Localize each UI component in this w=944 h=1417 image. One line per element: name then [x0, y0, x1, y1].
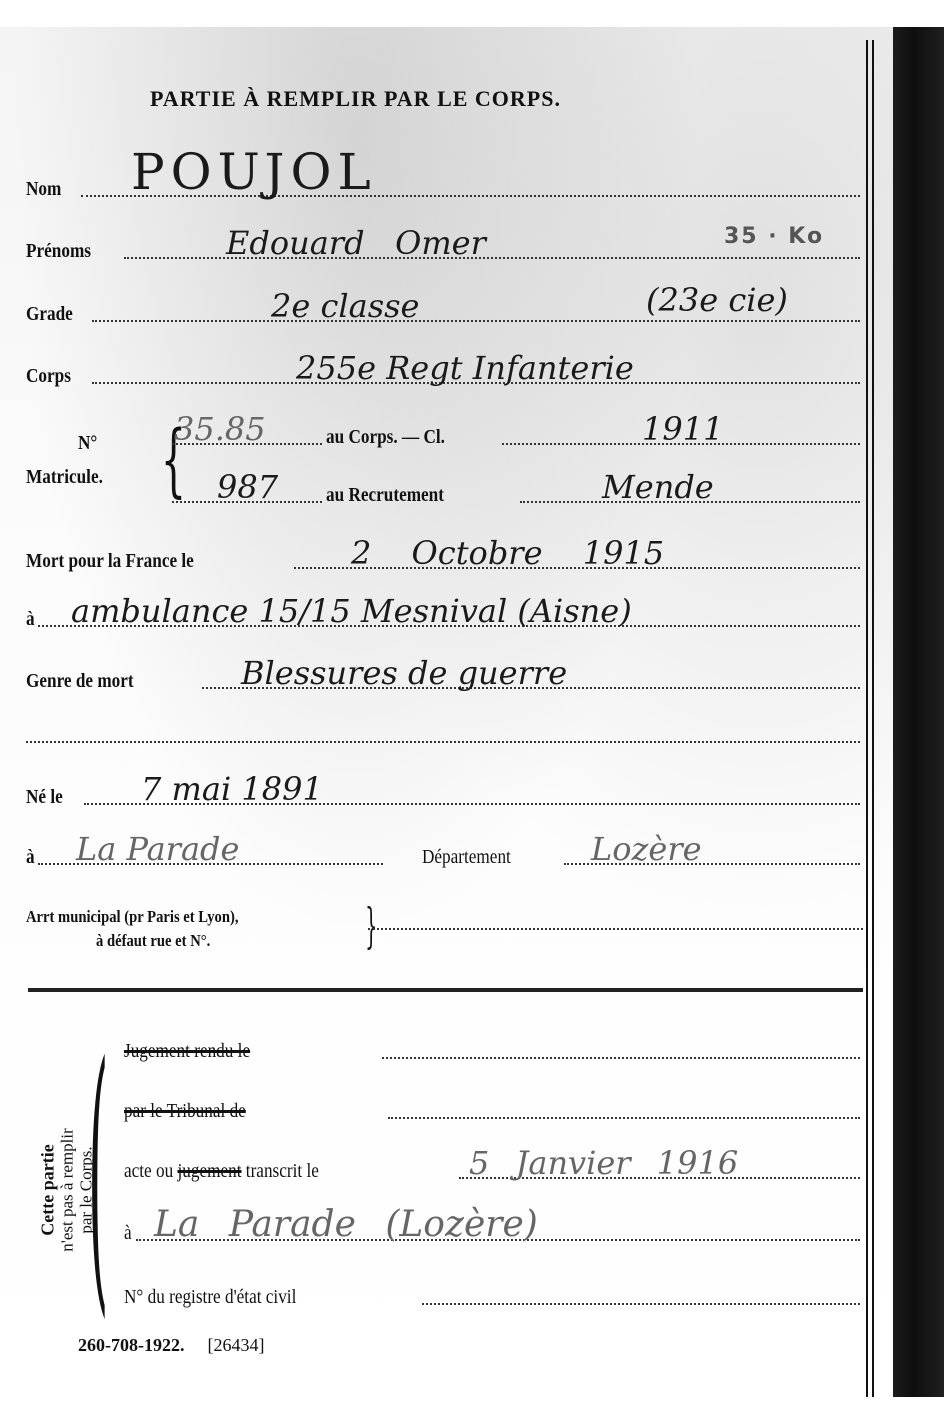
classe-value: 1911 — [642, 412, 723, 446]
field-genre-mort: Genre de mort Blessures de guerre — [26, 652, 860, 692]
scan-edge-shadow — [893, 27, 944, 1397]
arrondissement-label-line1: Arrt municipal (pr Paris et Lyon), — [26, 906, 239, 928]
corps-value: 255e Regt Infanterie — [296, 351, 634, 385]
grade-label: Grade — [26, 303, 73, 325]
field-lieu-naissance: à La Parade Département Lozère — [26, 828, 860, 868]
field-matricule-recrutement: 987 au Recrutement Mende — [172, 466, 860, 506]
tribunal-dotted-line — [388, 1117, 860, 1119]
departement-value: Lozère — [591, 832, 702, 866]
grade-value: 2e classe — [271, 289, 419, 323]
naissance-label: Né le — [26, 786, 63, 808]
transcription-label-struck: jugement — [177, 1160, 241, 1182]
section-title: PARTIE À REMPLIR PAR LE CORPS. — [150, 86, 750, 112]
print-ref-number: [26434] — [208, 1335, 265, 1355]
margin-rule-right — [872, 40, 874, 1397]
lieu-naissance-value: La Parade — [76, 832, 239, 866]
matricule-corps-label: au Corps. — Cl. — [326, 426, 445, 448]
arrondissement-brace: } — [365, 902, 377, 950]
naissance-value: 7 mai 1891 — [141, 772, 323, 806]
matricule-label: Matricule. — [26, 466, 103, 488]
margin-rule-left — [866, 40, 868, 1397]
print-reference: 260-708-1922. [26434] — [78, 1335, 265, 1356]
field-transcription: acte ou jugement transcrit le 5 Janvier … — [124, 1142, 860, 1182]
field-corps: Corps 255e Regt Infanterie — [26, 347, 860, 387]
field-jugement: Jugement rendu le — [124, 1022, 860, 1062]
jugement-label: Jugement rendu le — [124, 1040, 250, 1062]
field-tribunal: par le Tribunal de — [124, 1082, 860, 1122]
departement-label: Département — [422, 846, 511, 868]
section-separator — [28, 988, 863, 992]
field-matricule-corps: 35.85 au Corps. — Cl. 1911 — [172, 408, 860, 448]
tribunal-label: par le Tribunal de — [124, 1100, 246, 1122]
grade-dotted-line — [92, 320, 860, 322]
prenoms-label: Prénoms — [26, 240, 91, 262]
genre-mort-value: Blessures de guerre — [241, 656, 567, 690]
field-grade: Grade 2e classe (23e cie) — [26, 285, 860, 325]
matricule-corps-number: 35.85 — [174, 412, 266, 446]
lieu-transcription-value: La Parade (Lozère) — [154, 1208, 538, 1242]
lieu-transcription-label: à — [124, 1222, 132, 1244]
side-note-line2: n'est pas à remplir — [58, 1128, 77, 1251]
jugement-dotted-line — [382, 1057, 860, 1059]
print-code: 260-708-1922. — [78, 1335, 185, 1355]
field-nom: Nom POUJOL — [26, 160, 860, 200]
field-lieu-transcription: à La Parade (Lozère) — [124, 1204, 860, 1244]
matricule-recrutement-number: 987 — [217, 470, 278, 504]
registre-dotted-line — [422, 1303, 860, 1305]
genre-mort-label: Genre de mort — [26, 670, 134, 692]
transcription-value: 5 Janvier 1916 — [469, 1146, 738, 1180]
side-note-line1: Cette partie — [39, 1128, 58, 1251]
grade-company-note: (23e cie) — [646, 283, 788, 317]
nom-value: POUJOL — [131, 146, 377, 198]
field-blank-line — [26, 706, 860, 746]
arrondissement-label-line2: à défaut rue et N°. — [96, 930, 210, 952]
field-lieu-deces: à ambulance 15/15 Mesnival (Aisne) — [26, 590, 860, 630]
arrondissement-dotted-line — [368, 928, 863, 930]
deces-value: 2 Octobre 1915 — [351, 536, 664, 570]
field-date-deces: Mort pour la France le 2 Octobre 1915 — [26, 532, 860, 572]
blank-dotted-line — [26, 741, 860, 743]
corps-label: Corps — [26, 365, 71, 387]
nom-label: Nom — [26, 178, 61, 200]
prenoms-value: Edouard Omer — [226, 226, 486, 260]
registre-label: N° du registre d'état civil — [124, 1286, 296, 1308]
lieu-deces-label: à — [26, 608, 35, 630]
lieu-deces-value: ambulance 15/15 Mesnival (Aisne) — [71, 594, 632, 628]
side-note-brace: ( — [88, 1030, 108, 1320]
recrutement-place-value: Mende — [602, 470, 714, 504]
field-date-naissance: Né le 7 mai 1891 — [26, 768, 860, 808]
matricule-label-no: N° — [78, 432, 97, 454]
transcription-label: acte ou jugement transcrit le — [124, 1160, 319, 1182]
matricule-recrutement-label: au Recrutement — [326, 484, 444, 506]
field-registre: N° du registre d'état civil — [124, 1268, 860, 1308]
deces-label: Mort pour la France le — [26, 550, 194, 572]
lieu-naissance-label: à — [26, 846, 35, 868]
ink-stamp: 35 · Ko — [724, 224, 824, 249]
